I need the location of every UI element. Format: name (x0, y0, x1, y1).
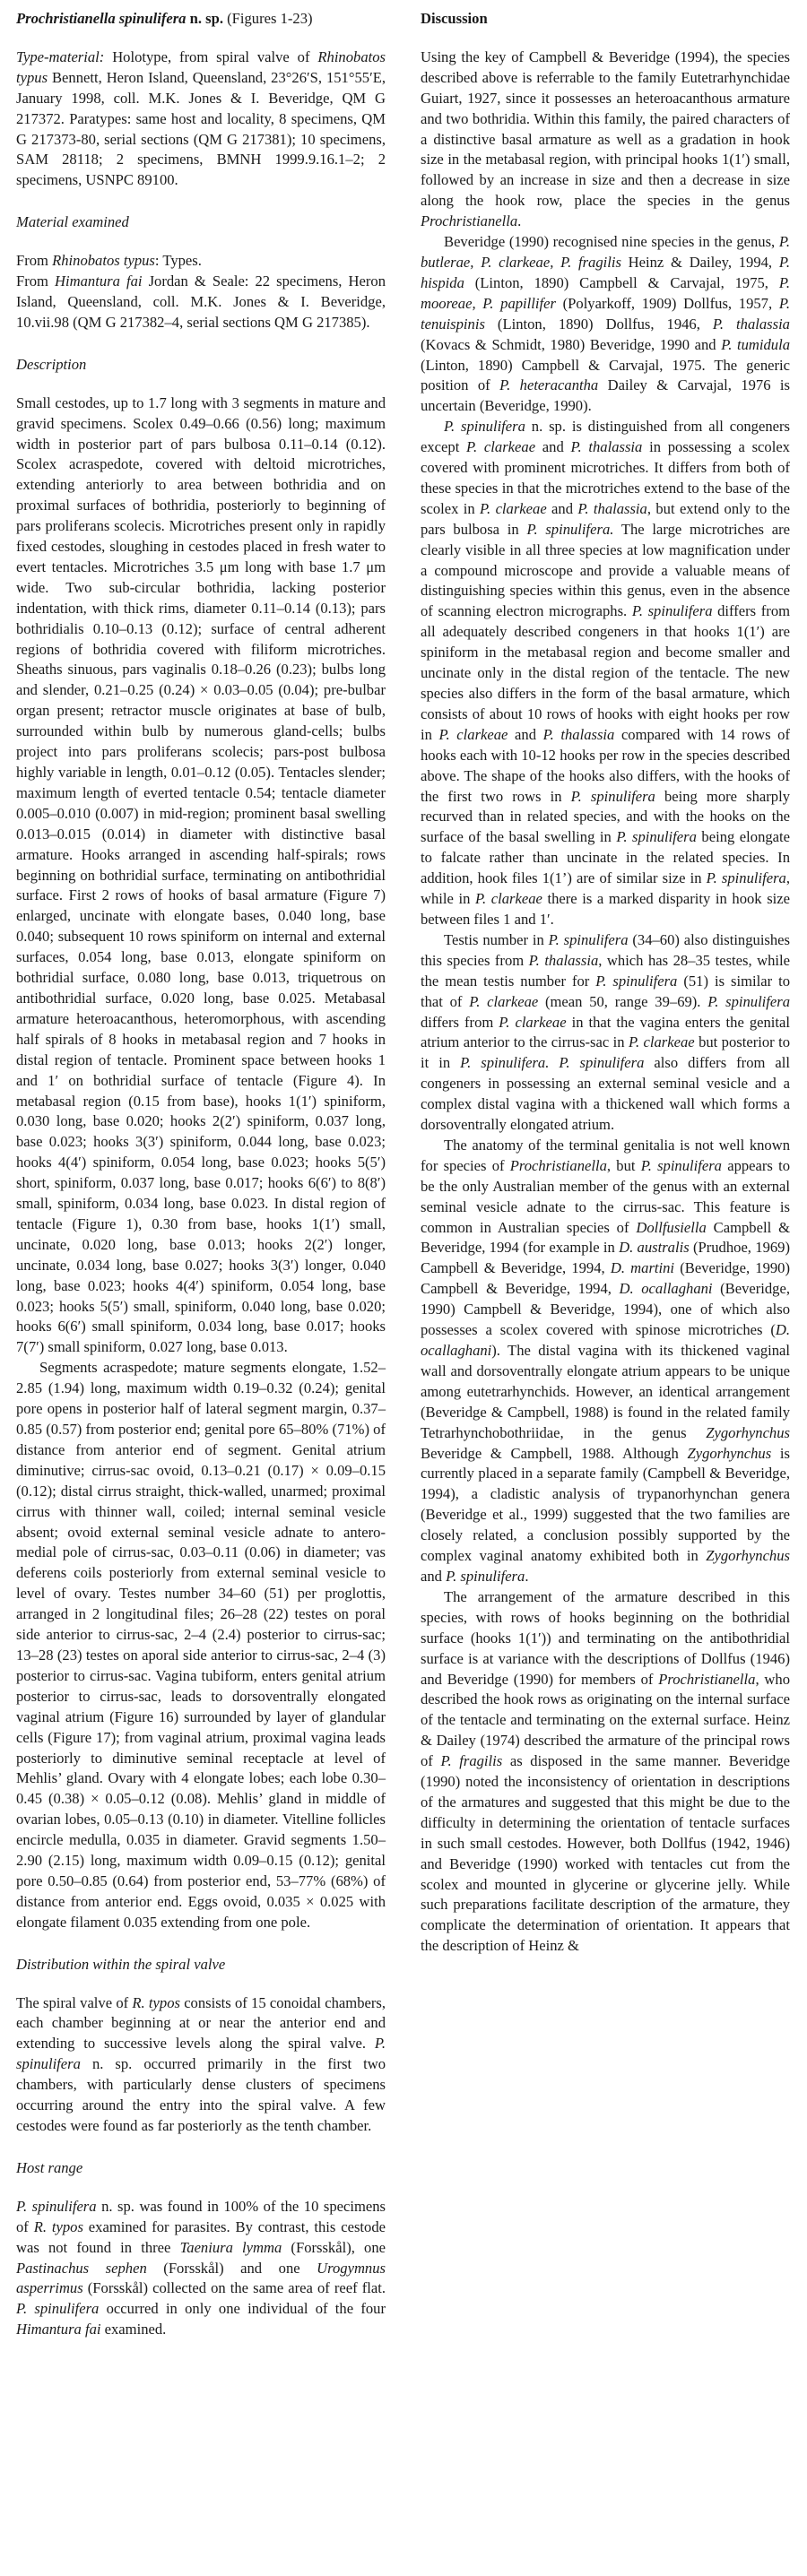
host-range-paragraph: P. spinulifera n. sp. was found in 100% … (16, 2197, 386, 2340)
species-name: P. clarkeae (499, 1014, 566, 1031)
species-name: P. spinulifera (616, 828, 697, 845)
text: Testis number in (444, 931, 549, 948)
species-name: P. spinulifera (632, 602, 713, 619)
text: (Forsskål), one (282, 2239, 386, 2256)
text: The spiral valve of (16, 1994, 132, 2011)
species-name: P. fragilis (440, 1752, 502, 1769)
species-name: Prochristianella spinulifera (16, 10, 186, 27)
species-name: P. spinulifera (16, 2300, 99, 2317)
text: (Polyarkoff, 1909) Dollfus, 1957, (556, 295, 779, 312)
text: : Types. (155, 252, 202, 269)
discussion-paragraph: Testis number in P. spinulifera (34–60) … (421, 930, 790, 1136)
text: (Kovacs & Schmidt, 1980) Beveridge, 1990… (421, 336, 721, 353)
text: (Linton, 1890) Campbell & Carvajal, 1975… (464, 274, 779, 291)
species-name: P. spinulifera. P. spinulifera (460, 1054, 644, 1071)
text: From (16, 252, 52, 269)
species-name: P. spinulifera (641, 1157, 722, 1174)
text: and (421, 1568, 446, 1585)
species-name: P. spinulifera (595, 972, 677, 990)
discussion-heading: Discussion (421, 9, 790, 30)
species-name: P. clarkeae (439, 726, 508, 743)
species-name: P. clarkeae (466, 438, 535, 455)
text: and (535, 438, 570, 455)
text: (Forsskål) collected on the same area of… (83, 2279, 386, 2296)
host-range-heading: Host range (16, 2158, 386, 2179)
text: and (547, 500, 578, 517)
text: and (508, 726, 542, 743)
species-name: P. spinulifera (571, 788, 655, 805)
description-paragraph: Segments acraspedote; mature segments el… (16, 1358, 386, 1932)
type-material-text: Bennett, Heron Island, Queensland, 23°26… (16, 69, 386, 189)
discussion-paragraph: Beveridge (1990) recognised nine species… (421, 232, 790, 417)
text: Heinz & Dailey, 1994, (621, 254, 779, 271)
species-title: Prochristianella spinulifera n. sp. (Fig… (16, 9, 386, 30)
material-examined-section: From Rhinobatos typus: Types. From Himan… (16, 251, 386, 333)
genus-name: Zygorhynchus (706, 1424, 790, 1441)
species-name: P. spinulifera (446, 1568, 525, 1585)
species-name: D. martini (611, 1259, 674, 1276)
discussion-paragraph: Using the key of Campbell & Beveridge (1… (421, 48, 790, 232)
text: . (525, 1568, 528, 1585)
text: (mean 50, range 39–69). (538, 993, 707, 1010)
paper-page: Prochristianella spinulifera n. sp. (Fig… (0, 0, 807, 2576)
species-name: Himantura fai (16, 2321, 101, 2338)
species-name: P. thalassia (529, 952, 599, 969)
species-name: Pastinachus sephen (16, 2260, 147, 2277)
species-name: P. spinulifera (16, 2198, 97, 2215)
species-name: D. australis (619, 1239, 690, 1256)
material-examined-heading: Material examined (16, 212, 386, 233)
right-column: Discussion Using the key of Campbell & B… (421, 9, 790, 1957)
species-name: P. tumidula (721, 336, 790, 353)
discussion-paragraph: P. spinulifera n. sp. is distinguished f… (421, 417, 790, 930)
genus-name: Zygorhynchus (706, 1547, 790, 1564)
genus-name: Dollfusiella (636, 1219, 706, 1236)
text: as disposed in the same manner. Beveridg… (421, 1752, 790, 1954)
material-line: From Rhinobatos typus: Types. (16, 251, 386, 272)
species-name: D. ocallaghani (620, 1280, 713, 1297)
text: examined. (101, 2321, 167, 2338)
host-name: Rhinobatos typus (52, 252, 155, 269)
discussion-paragraph: The arrangement of the armature describe… (421, 1587, 790, 1957)
figures-reference: (Figures 1-23) (223, 10, 313, 27)
text: Beveridge & Campbell, 1988. Although (421, 1445, 687, 1462)
text: From (16, 272, 55, 290)
genus-name: Zygorhynchus (687, 1445, 771, 1462)
text: differs from all adequately described co… (421, 602, 790, 742)
genus-name: Prochristianella (421, 212, 517, 229)
text: . (517, 212, 521, 229)
species-name: R. typos (132, 1994, 180, 2011)
new-species-label: n. sp. (186, 10, 223, 27)
type-material-text: Holotype, from spiral valve of (104, 48, 317, 65)
left-column: Prochristianella spinulifera n. sp. (Fig… (16, 9, 386, 2340)
description-heading: Description (16, 355, 386, 376)
species-name: P. spinulifera (549, 931, 629, 948)
text: differs from (421, 1014, 499, 1031)
genus-name: Prochristianella (658, 1671, 755, 1688)
type-material-paragraph: Type-material: Holotype, from spiral val… (16, 48, 386, 191)
text: (Forsskål) and one (147, 2260, 317, 2277)
distribution-heading: Distribution within the spiral valve (16, 1955, 386, 1975)
description-section: Small cestodes, up to 1.7 long with 3 se… (16, 393, 386, 1933)
distribution-paragraph: The spiral valve of R. typos consists of… (16, 1993, 386, 2137)
species-name: P. spinulifera (707, 993, 790, 1010)
host-name: Himantura fai (55, 272, 142, 290)
species-name: P. thalassia (713, 316, 790, 333)
text: Beveridge (1990) recognised nine species… (444, 233, 779, 250)
species-name: P. clarkeae (469, 993, 538, 1010)
species-name: P. spinulifera. (526, 521, 613, 538)
species-name: P. spinulifera (707, 869, 786, 886)
discussion-paragraph: The anatomy of the terminal genitalia is… (421, 1136, 790, 1587)
species-name: P. clarkeae (475, 890, 542, 907)
text: , but (607, 1157, 641, 1174)
species-name: R. typos (34, 2218, 83, 2235)
material-line: From Himantura fai Jordan & Seale: 22 sp… (16, 272, 386, 333)
species-name: P. thalassia (543, 726, 615, 743)
text: occurred in only one individual of the f… (99, 2300, 386, 2317)
text: (Linton, 1890) Dollfus, 1946, (485, 316, 713, 333)
species-name: P. thalassia (571, 438, 643, 455)
species-name: P. clarkeae (480, 500, 547, 517)
text: Using the key of Campbell & Beveridge (1… (421, 48, 790, 209)
species-name: Taeniura lymma (180, 2239, 282, 2256)
type-material-label: Type-material: (16, 48, 104, 65)
species-name: P. thalassia (577, 500, 646, 517)
species-name: P. clarkeae (629, 1033, 695, 1050)
species-name: P. spinulifera (444, 418, 525, 435)
description-paragraph: Small cestodes, up to 1.7 long with 3 se… (16, 393, 386, 1359)
species-name: P. heteracantha (499, 376, 598, 393)
genus-name: Prochristianella (510, 1157, 607, 1174)
